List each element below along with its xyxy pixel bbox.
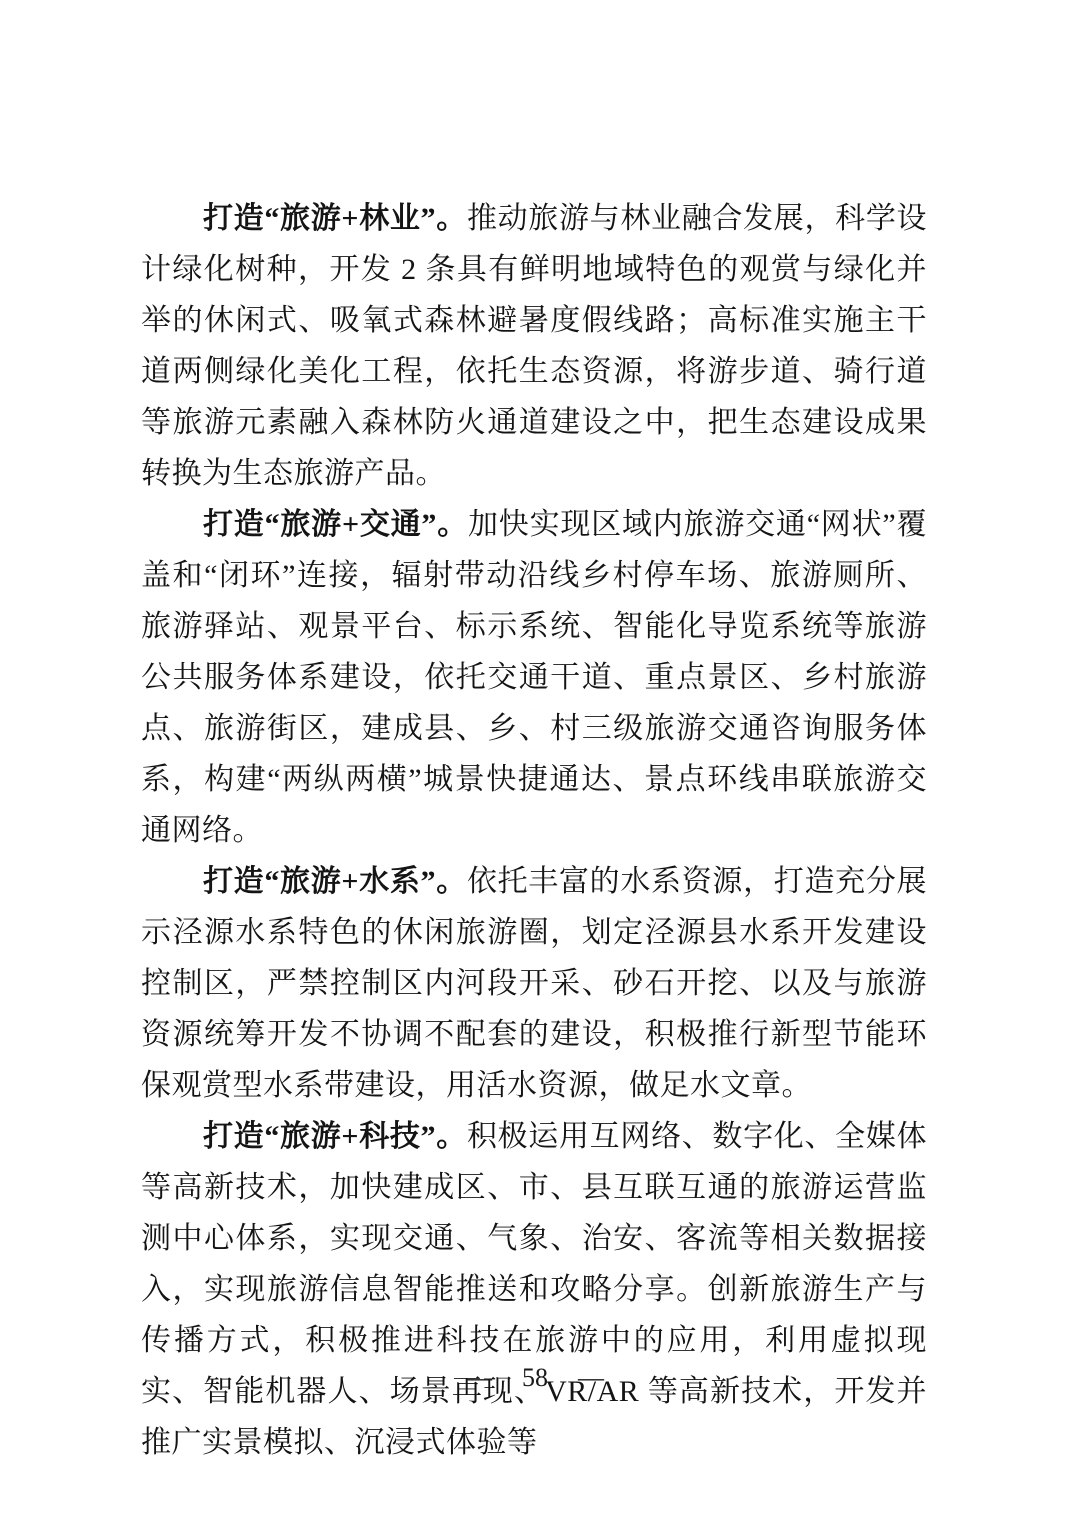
paragraph-tourism-transport: 打造“旅游+交通”。加快实现区域内旅游交通“网状”覆盖和“闭环”连接，辐射带动沿… [141,499,927,856]
paragraph-tourism-water: 打造“旅游+水系”。依托丰富的水系资源，打造充分展示泾源水系特色的休闲旅游圈，划… [141,856,927,1111]
paragraph-body-text: 积极运用互网络、数字化、全媒体等高新技术，加快建成区、市、县互联互通的旅游运营监… [141,1120,927,1459]
paragraph-tourism-technology: 打造“旅游+科技”。积极运用互网络、数字化、全媒体等高新技术，加快建成区、市、县… [141,1111,927,1468]
paragraph-lead: 打造“旅游+科技”。 [203,1120,467,1153]
document-page: 打造“旅游+林业”。推动旅游与林业融合发展，科学设计绿化树种，开发 2 条具有鲜… [0,0,1070,1515]
footer-right-dash: — [578,1358,604,1398]
paragraph-lead: 打造“旅游+水系”。 [203,865,467,898]
paragraph-body-text: 推动旅游与林业融合发展，科学设计绿化树种，开发 2 条具有鲜明地域特色的观赏与绿… [141,202,927,490]
paragraph-lead: 打造“旅游+交通”。 [203,508,468,541]
paragraph-body-text: 依托丰富的水系资源，打造充分展示泾源水系特色的休闲旅游圈，划定泾源县水系开发建设… [141,865,927,1102]
page-number: 58 [522,1358,548,1398]
paragraph-body-text: 加快实现区域内旅游交通“网状”覆盖和“闭环”连接，辐射带动沿线乡村停车场、旅游厕… [141,508,927,847]
footer-left-dash: — [466,1358,492,1398]
document-body: 打造“旅游+林业”。推动旅游与林业融合发展，科学设计绿化树种，开发 2 条具有鲜… [141,193,927,1468]
paragraph-lead: 打造“旅游+林业”。 [203,202,467,235]
paragraph-tourism-forestry: 打造“旅游+林业”。推动旅游与林业融合发展，科学设计绿化树种，开发 2 条具有鲜… [141,193,927,499]
page-footer: —58— [0,1358,1070,1398]
